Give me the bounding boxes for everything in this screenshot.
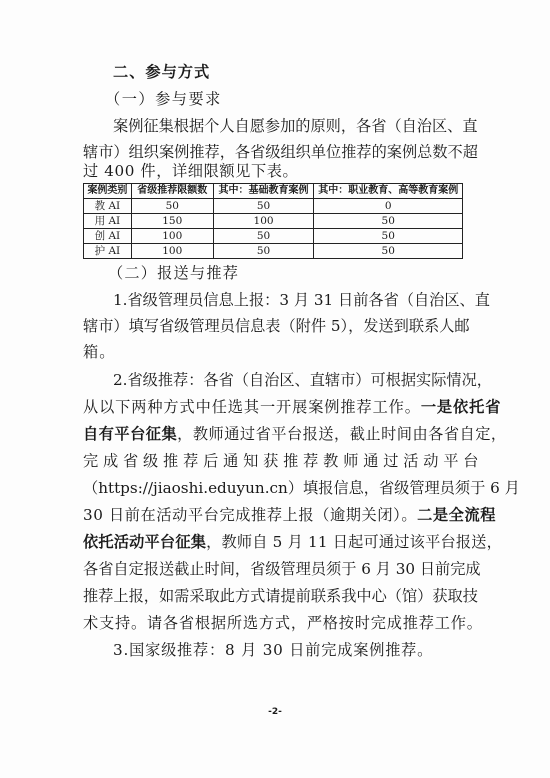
item2-line: 自有平台征集，教师通过省平台报送，截止时间由各省自定，	[83, 424, 465, 444]
item2-bold-text: 二是全流程	[417, 506, 496, 524]
cell-quota: 100	[131, 244, 213, 259]
paragraph-line: 辖市）组织案例推荐，各省级组织单位推荐的案例总数不超	[83, 142, 465, 162]
cell-vocational: 50	[314, 214, 463, 229]
cell-vocational: 50	[314, 229, 463, 244]
paragraph-line: 过 400 件，详细限额见下表。	[83, 161, 465, 181]
subsection-title-submission: （二）报送与推荐	[108, 263, 490, 283]
item2-text: 30 日前在活动平台完成推荐上报（逾期关闭）。	[83, 506, 417, 524]
item2-line: 完 成 省 级 推 荐 后 通 知 获 推 荐 教 师 通 过 活 动 平 台	[83, 451, 465, 471]
cell-quota: 150	[131, 214, 213, 229]
item2-line: 各省自定报送截止时间，省级管理员须于 6 月 30 日前完成	[83, 559, 465, 579]
cell-category: 护 AI	[84, 244, 132, 259]
cell-vocational: 0	[314, 199, 463, 214]
cell-category: 用 AI	[84, 214, 132, 229]
item1-line: 辖市）填写省级管理员信息表（附件 5），发送到联系人邮	[83, 316, 465, 336]
item1-line: 1.省级管理员信息上报：3 月 31 日前各省（自治区、直	[113, 290, 465, 310]
table-row: 护 AI 100 50 50	[84, 244, 463, 259]
item2-bold-text: 一是依托省	[421, 398, 501, 416]
item2-bold-text: 自有平台征集	[83, 425, 177, 443]
cell-basic: 100	[213, 214, 314, 229]
cell-category: 创 AI	[84, 229, 132, 244]
cell-basic: 50	[213, 199, 314, 214]
section-heading: 二、参与方式	[113, 62, 495, 82]
cell-quota: 100	[131, 229, 213, 244]
table-row: 用 AI 150 100 50	[84, 214, 463, 229]
item2-text: ，教师通过省平台报送，截止时间由各省自定，	[177, 425, 506, 443]
item2-line: 从以下两种方式中任选其一开展案例推荐工作。一是依托省	[83, 397, 465, 417]
page-number: -2-	[0, 707, 550, 717]
header-vocational-higher-education: 其中：职业教育、高等教育案例	[314, 184, 463, 199]
item2-line: 2.省级推荐：各省（自治区、直辖市）可根据实际情况，	[113, 370, 465, 390]
cell-basic: 50	[213, 229, 314, 244]
item1-line: 箱。	[83, 342, 465, 362]
cell-category: 教 AI	[84, 199, 132, 214]
cell-quota: 50	[131, 199, 213, 214]
item2-line: 术支持。请各省根据所选方式，严格按时完成推荐工作。	[83, 613, 465, 633]
item2-line: （https://jiaoshi.eduyun.cn）填报信息，省级管理员须于 …	[83, 478, 465, 498]
item2-line: 30 日前在活动平台完成推荐上报（逾期关闭）。二是全流程	[83, 505, 465, 525]
header-basic-education: 其中：基础教育案例	[213, 184, 314, 199]
quota-table: 案例类别 省级推荐限额数 其中：基础教育案例 其中：职业教育、高等教育案例 教 …	[83, 183, 463, 259]
item3-line: 3.国家级推荐：8 月 30 日前完成案例推荐。	[113, 640, 465, 660]
document-page: 二、参与方式 （一）参与要求 案例征集根据个人自愿参加的原则，各省（自治区、直 …	[0, 0, 550, 778]
table-row: 创 AI 100 50 50	[84, 229, 463, 244]
header-provincial-quota: 省级推荐限额数	[131, 184, 213, 199]
subsection-title-requirements: （一）参与要求	[105, 89, 487, 109]
cell-basic: 50	[213, 244, 314, 259]
table-header-row: 案例类别 省级推荐限额数 其中：基础教育案例 其中：职业教育、高等教育案例	[84, 184, 463, 199]
table-row: 教 AI 50 50 0	[84, 199, 463, 214]
item2-text: 从以下两种方式中任选其一开展案例推荐工作。	[83, 398, 421, 416]
cell-vocational: 50	[314, 244, 463, 259]
item2-line: 依托活动平台征集，教师自 5 月 11 日起可通过该平台报送，	[83, 532, 465, 552]
item2-line: 推荐上报，如需采取此方式请提前联系我中心（馆）获取技	[83, 586, 465, 606]
paragraph-line: 案例征集根据个人自愿参加的原则，各省（自治区、直	[113, 116, 465, 136]
item2-text: ，教师自 5 月 11 日起可通过该平台报送，	[206, 533, 502, 551]
item2-bold-text: 依托活动平台征集	[83, 533, 206, 551]
header-category: 案例类别	[84, 184, 132, 199]
